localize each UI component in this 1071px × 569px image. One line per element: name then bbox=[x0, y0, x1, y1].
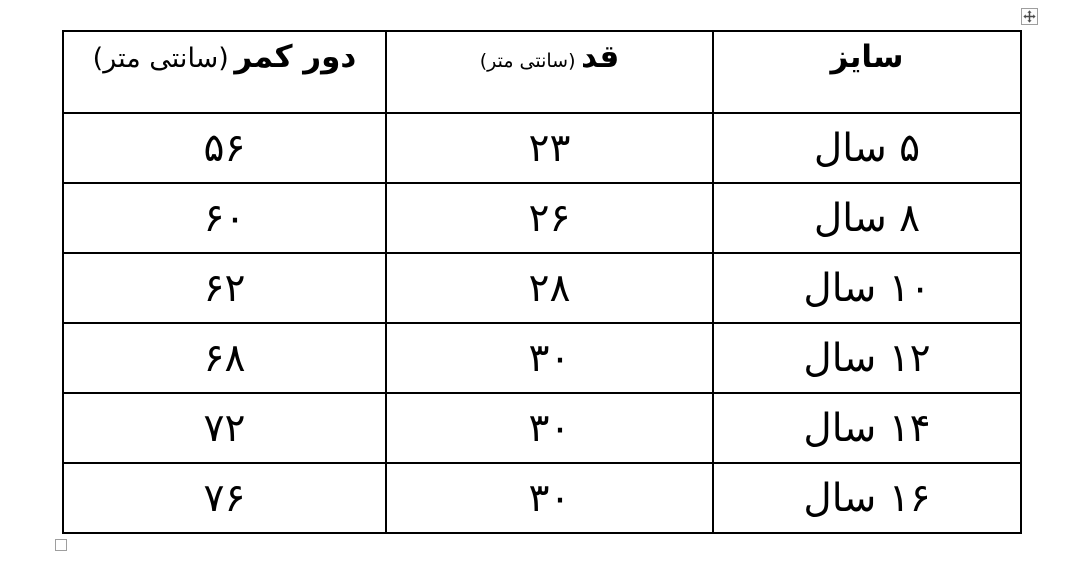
waist-cell[interactable]: ۵۶ bbox=[63, 113, 386, 183]
size-cell[interactable]: ۱۰ سال bbox=[713, 253, 1021, 323]
header-height-unit: (سانتی متر) bbox=[480, 50, 576, 72]
waist-cell[interactable]: ۷۲ bbox=[63, 393, 386, 463]
header-height[interactable]: قد (سانتی متر) bbox=[386, 31, 713, 113]
document-page: سایز قد (سانتی متر) دور کمر (سانتی متر) … bbox=[0, 0, 1071, 569]
table-row: ۱۴ سال ۳۰ ۷۲ bbox=[63, 393, 1021, 463]
header-height-label: قد bbox=[581, 39, 619, 75]
table-resize-handle[interactable] bbox=[55, 539, 67, 551]
table-row: ۱۶ سال ۳۰ ۷۶ bbox=[63, 463, 1021, 533]
table-row: ۵ سال ۲۳ ۵۶ bbox=[63, 113, 1021, 183]
height-cell[interactable]: ۲۶ bbox=[386, 183, 713, 253]
four-way-arrow-icon bbox=[1023, 10, 1036, 23]
table-row: ۱۲ سال ۳۰ ۶۸ bbox=[63, 323, 1021, 393]
size-cell[interactable]: ۸ سال bbox=[713, 183, 1021, 253]
header-waist[interactable]: دور کمر (سانتی متر) bbox=[63, 31, 386, 113]
table-move-handle[interactable] bbox=[1021, 8, 1038, 25]
waist-cell[interactable]: ۶۲ bbox=[63, 253, 386, 323]
header-waist-unit: (سانتی متر) bbox=[93, 43, 229, 74]
size-cell[interactable]: ۵ سال bbox=[713, 113, 1021, 183]
size-cell[interactable]: ۱۶ سال bbox=[713, 463, 1021, 533]
waist-cell[interactable]: ۶۸ bbox=[63, 323, 386, 393]
header-size-label: سایز bbox=[830, 39, 903, 75]
header-row: سایز قد (سانتی متر) دور کمر (سانتی متر) bbox=[63, 31, 1021, 113]
height-cell[interactable]: ۳۰ bbox=[386, 393, 713, 463]
height-cell[interactable]: ۳۰ bbox=[386, 463, 713, 533]
table-row: ۸ سال ۲۶ ۶۰ bbox=[63, 183, 1021, 253]
size-chart-table: سایز قد (سانتی متر) دور کمر (سانتی متر) … bbox=[62, 30, 1022, 534]
header-size[interactable]: سایز bbox=[713, 31, 1021, 113]
height-cell[interactable]: ۳۰ bbox=[386, 323, 713, 393]
size-cell[interactable]: ۱۴ سال bbox=[713, 393, 1021, 463]
waist-cell[interactable]: ۶۰ bbox=[63, 183, 386, 253]
table-row: ۱۰ سال ۲۸ ۶۲ bbox=[63, 253, 1021, 323]
waist-cell[interactable]: ۷۶ bbox=[63, 463, 386, 533]
size-cell[interactable]: ۱۲ سال bbox=[713, 323, 1021, 393]
height-cell[interactable]: ۲۳ bbox=[386, 113, 713, 183]
height-cell[interactable]: ۲۸ bbox=[386, 253, 713, 323]
header-waist-label: دور کمر bbox=[234, 39, 356, 75]
